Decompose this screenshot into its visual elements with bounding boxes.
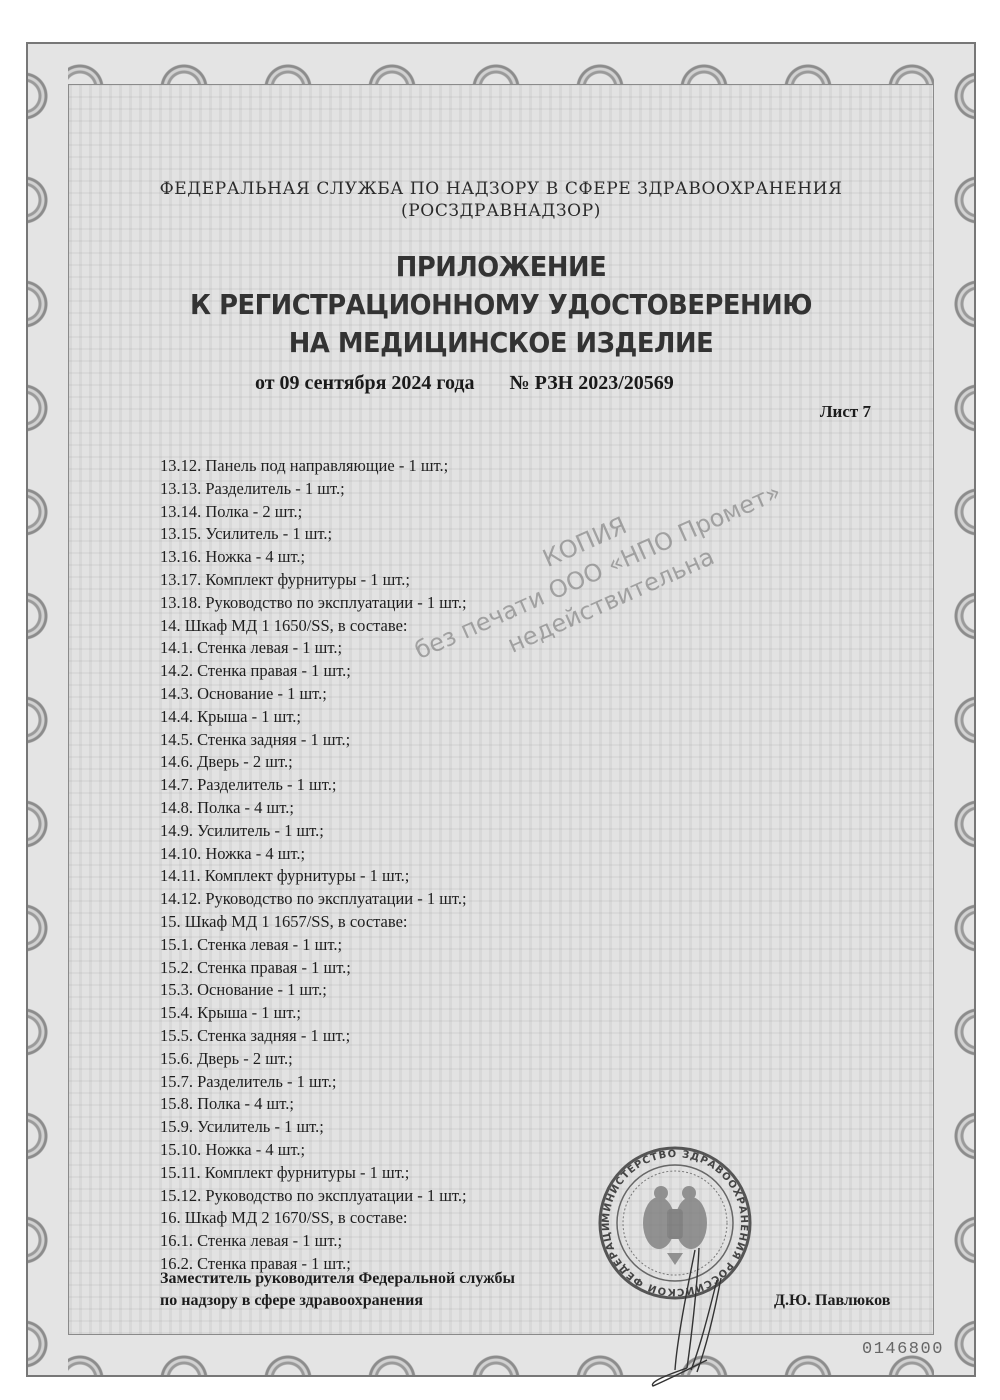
list-item: 15.1. Стенка левая - 1 шт.;: [160, 934, 467, 957]
registration-number: № РЗН 2023/20569: [510, 372, 674, 394]
document-body: ФЕДЕРАЛЬНАЯ СЛУЖБА ПО НАДЗОРУ В СФЕРЕ ЗД…: [68, 84, 934, 1335]
agency-abbreviation: (РОСЗДРАВНАДЗОР): [69, 200, 933, 222]
ornamental-border-bottom: [28, 1335, 974, 1375]
list-item: 15.11. Комплект фурнитуры - 1 шт.;: [160, 1162, 467, 1185]
list-item: 14.1. Стенка левая - 1 шт.;: [160, 637, 467, 660]
serial-number: 0146800: [862, 1340, 944, 1359]
list-item: 14.10. Ножка - 4 шт.;: [160, 843, 467, 866]
list-item: 15.4. Крыша - 1 шт.;: [160, 1002, 467, 1025]
sheet-number: Лист 7: [820, 402, 871, 422]
list-item: 15.2. Стенка правая - 1 шт.;: [160, 957, 467, 980]
list-item: 13.14. Полка - 2 шт.;: [160, 501, 467, 524]
list-item: 15.12. Руководство по эксплуатации - 1 ш…: [160, 1185, 467, 1208]
title-line-3: НА МЕДИЦИНСКОЕ ИЗДЕЛИЕ: [104, 324, 899, 362]
signatory-position-line-1: Заместитель руководителя Федеральной слу…: [160, 1268, 515, 1290]
list-item: 14.4. Крыша - 1 шт.;: [160, 706, 467, 729]
list-item: 15.6. Дверь - 2 шт.;: [160, 1048, 467, 1071]
list-item: 14.7. Разделитель - 1 шт.;: [160, 774, 467, 797]
signatory-name: Д.Ю. Павлюков: [774, 1292, 890, 1310]
list-item: 15.10. Ножка - 4 шт.;: [160, 1139, 467, 1162]
title-line-2: К РЕГИСТРАЦИОННОМУ УДОСТОВЕРЕНИЮ: [104, 286, 899, 324]
list-item: 16.1. Стенка левая - 1 шт.;: [160, 1230, 467, 1253]
list-item: 14.12. Руководство по эксплуатации - 1 ш…: [160, 888, 467, 911]
list-item: 13.12. Панель под направляющие - 1 шт.;: [160, 455, 467, 478]
registration-line: от 09 сентября 2024 года № РЗН 2023/2056…: [255, 372, 674, 395]
agency-name: ФЕДЕРАЛЬНАЯ СЛУЖБА ПО НАДЗОРУ В СФЕРЕ ЗД…: [69, 178, 933, 200]
document-title: ПРИЛОЖЕНИЕ К РЕГИСТРАЦИОННОМУ УДОСТОВЕРЕ…: [104, 248, 899, 362]
list-item: 14.6. Дверь - 2 шт.;: [160, 751, 467, 774]
list-item: 14.3. Основание - 1 шт.;: [160, 683, 467, 706]
ornamental-border-top: [28, 44, 974, 84]
list-item: 16. Шкаф МД 2 1670/SS, в составе:: [160, 1207, 467, 1230]
list-item: 14.5. Стенка задняя - 1 шт.;: [160, 729, 467, 752]
list-item: 15.9. Усилитель - 1 шт.;: [160, 1116, 467, 1139]
list-item: 13.17. Комплект фурнитуры - 1 шт.;: [160, 569, 467, 592]
signatory-position: Заместитель руководителя Федеральной слу…: [160, 1268, 515, 1312]
list-item: 15. Шкаф МД 1 1657/SS, в составе:: [160, 911, 467, 934]
list-item: 13.16. Ножка - 4 шт.;: [160, 546, 467, 569]
list-item: 13.15. Усилитель - 1 шт.;: [160, 523, 467, 546]
list-item: 14. Шкаф МД 1 1650/SS, в составе:: [160, 615, 467, 638]
list-item: 15.3. Основание - 1 шт.;: [160, 979, 467, 1002]
list-item: 15.8. Полка - 4 шт.;: [160, 1093, 467, 1116]
list-item: 14.9. Усилитель - 1 шт.;: [160, 820, 467, 843]
signatory-position-line-2: по надзору в сфере здравоохранения: [160, 1290, 515, 1312]
agency-header: ФЕДЕРАЛЬНАЯ СЛУЖБА ПО НАДЗОРУ В СФЕРЕ ЗД…: [69, 178, 933, 222]
ornamental-border-left: [28, 44, 68, 1375]
list-item: 15.5. Стенка задняя - 1 шт.;: [160, 1025, 467, 1048]
handwritten-signature: [647, 1220, 767, 1390]
list-item: 14.11. Комплект фурнитуры - 1 шт.;: [160, 865, 467, 888]
list-item: 13.13. Разделитель - 1 шт.;: [160, 478, 467, 501]
certificate-frame: ФЕДЕРАЛЬНАЯ СЛУЖБА ПО НАДЗОРУ В СФЕРЕ ЗД…: [26, 42, 976, 1377]
components-list: 13.12. Панель под направляющие - 1 шт.;1…: [160, 455, 467, 1276]
registration-date: от 09 сентября 2024 года: [255, 372, 475, 394]
list-item: 13.18. Руководство по эксплуатации - 1 ш…: [160, 592, 467, 615]
list-item: 14.8. Полка - 4 шт.;: [160, 797, 467, 820]
title-line-1: ПРИЛОЖЕНИЕ: [104, 248, 899, 286]
list-item: 14.2. Стенка правая - 1 шт.;: [160, 660, 467, 683]
list-item: 15.7. Разделитель - 1 шт.;: [160, 1071, 467, 1094]
ornamental-border-right: [934, 44, 974, 1375]
